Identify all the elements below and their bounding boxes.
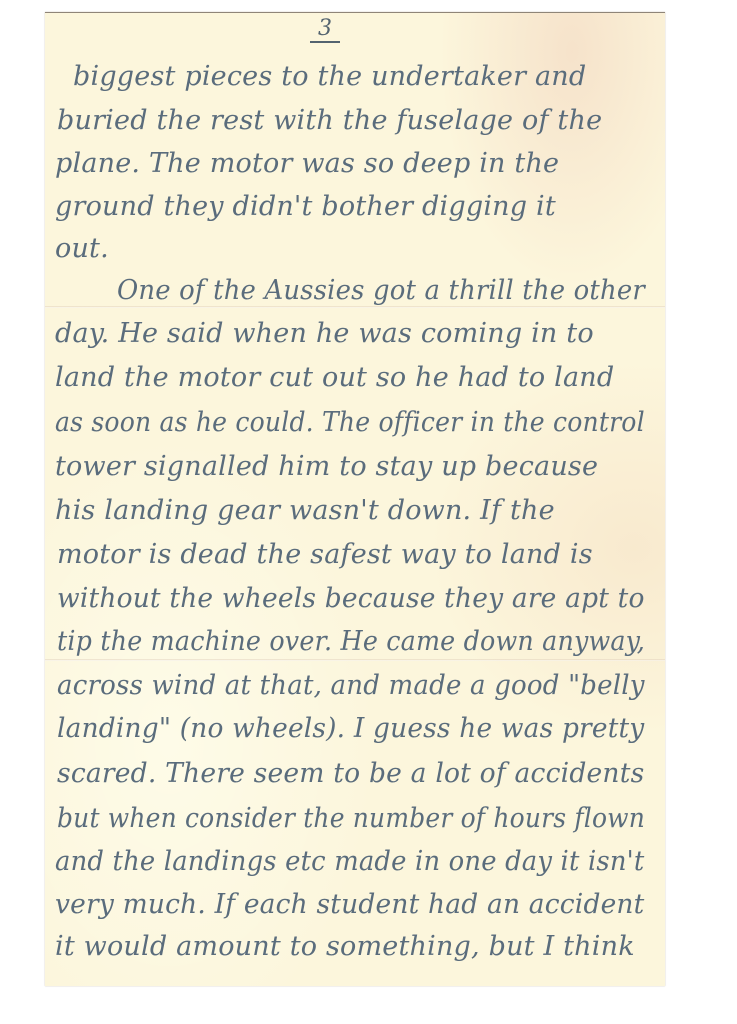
- handwritten-line: but when consider the number of hours fl…: [57, 803, 645, 834]
- handwritten-line: motor is dead the safest way to land is: [57, 539, 593, 570]
- handwritten-line: across wind at that, and made a good "be…: [57, 670, 645, 701]
- handwritten-line: and the landings etc made in one day it …: [55, 846, 645, 877]
- fold-crease: [45, 659, 665, 661]
- handwritten-line: land the motor cut out so he had to land: [55, 362, 614, 393]
- handwritten-line: his landing gear wasn't down. If the: [55, 495, 555, 526]
- handwritten-line: without the wheels because they are apt …: [57, 583, 645, 614]
- handwritten-line: plane. The motor was so deep in the: [55, 148, 559, 179]
- handwritten-line: day. He said when he was coming in to: [55, 318, 594, 349]
- handwritten-line: it would amount to something, but I thin…: [55, 931, 635, 962]
- handwritten-line: ground they didn't bother digging it: [55, 191, 556, 222]
- handwritten-line: landing" (no wheels). I guess he was pre…: [57, 713, 644, 744]
- handwritten-line: buried the rest with the fuselage of the: [57, 105, 602, 136]
- handwritten-line: out.: [55, 233, 109, 264]
- handwritten-line: One of the Aussies got a thrill the othe…: [117, 275, 645, 306]
- handwritten-line: tower signalled him to stay up because: [55, 451, 598, 482]
- page-number: 3: [310, 17, 340, 43]
- handwritten-line: very much. If each student had an accide…: [55, 889, 645, 920]
- handwritten-line: biggest pieces to the undertaker and: [73, 61, 586, 92]
- handwritten-line: scared. There seem to be a lot of accide…: [57, 758, 644, 789]
- handwritten-line: tip the machine over. He came down anywa…: [57, 626, 645, 657]
- fold-crease: [45, 306, 665, 308]
- handwritten-line: as soon as he could. The officer in the …: [55, 407, 645, 438]
- letter-page: 3 biggest pieces to the undertaker and b…: [45, 12, 665, 986]
